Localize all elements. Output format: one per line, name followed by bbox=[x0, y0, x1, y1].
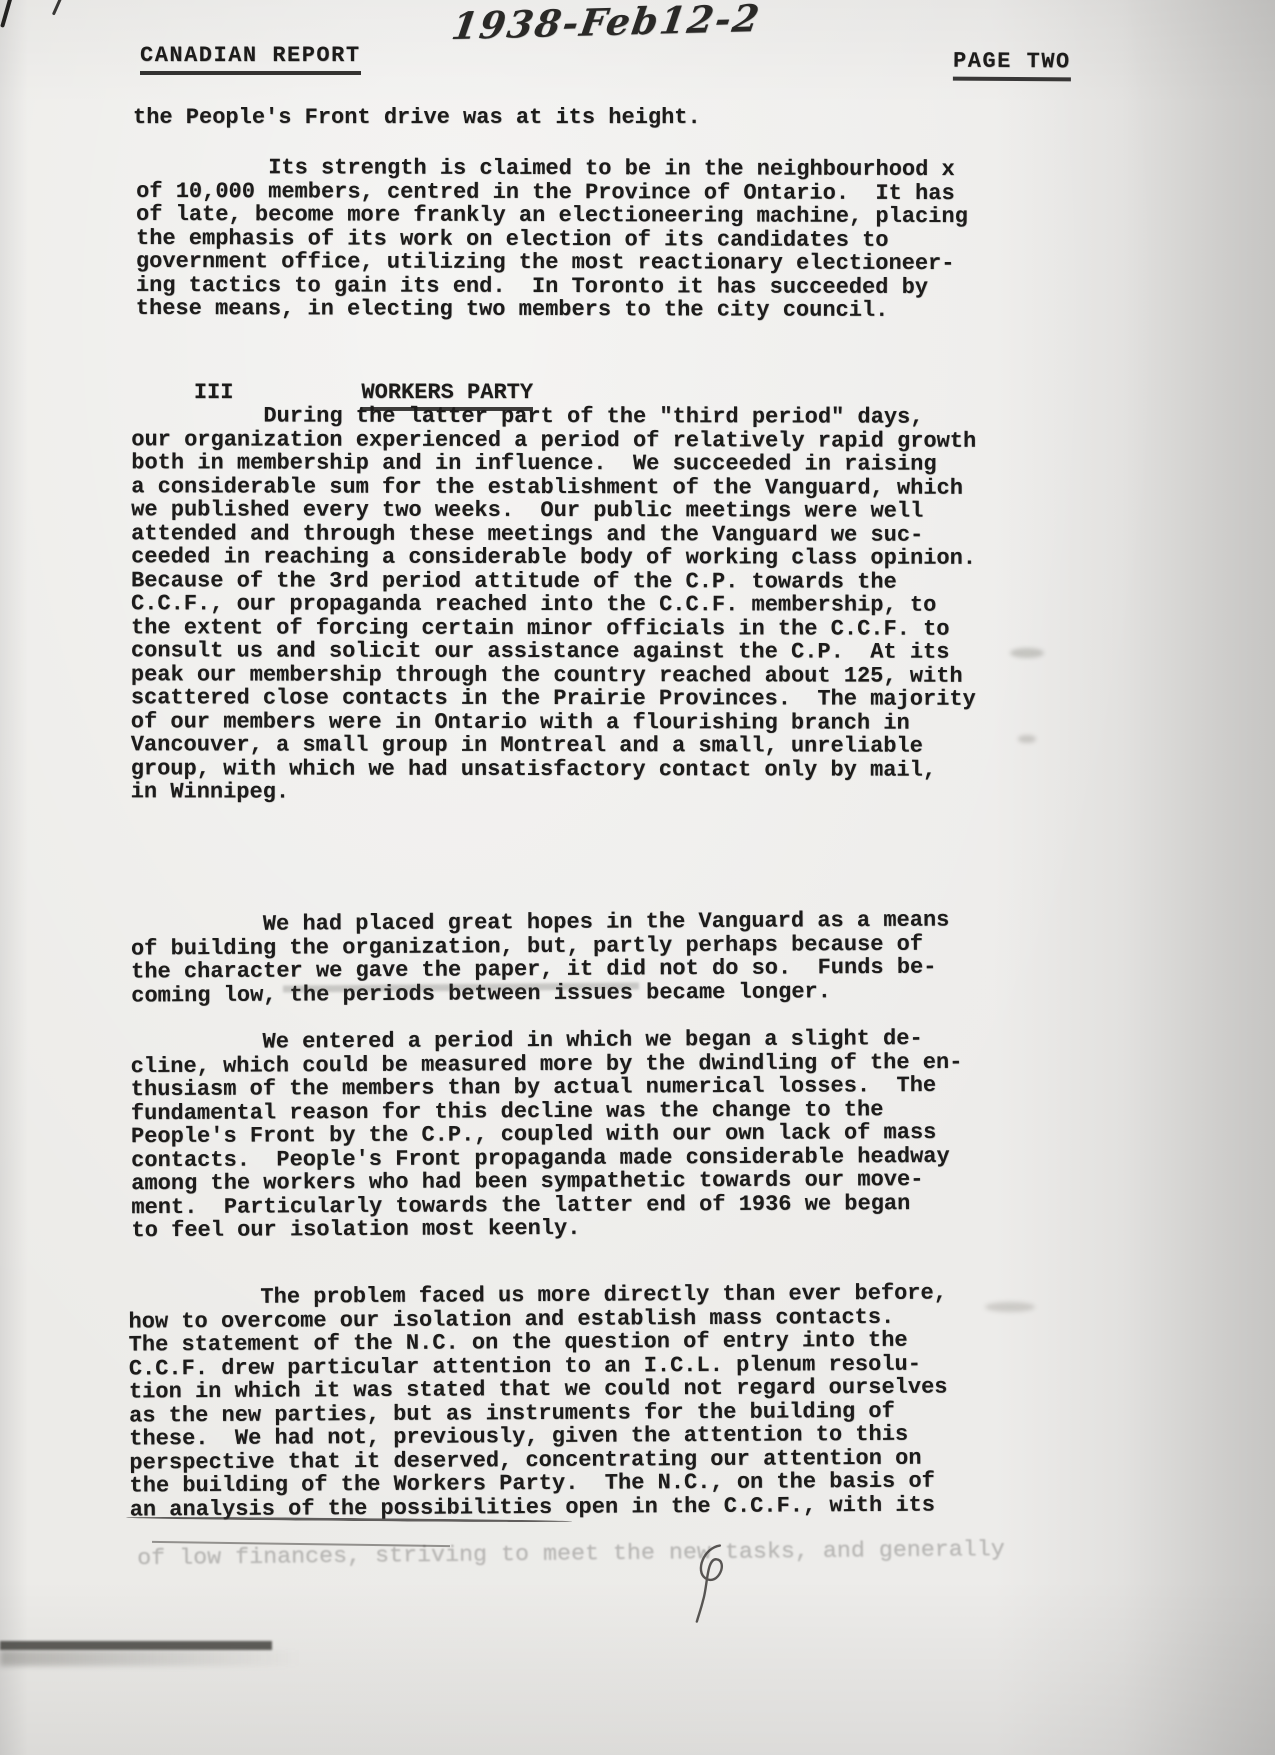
scanner-edge-shadow bbox=[0, 1650, 300, 1666]
section-number: III bbox=[194, 380, 234, 405]
paragraph-decline: We entered a period in which we began a … bbox=[130, 1027, 963, 1243]
paragraph-third-period: During the latter part of the "third per… bbox=[131, 404, 977, 805]
scanner-edge-artifact bbox=[0, 1641, 272, 1650]
paragraph-strength: Its strength is claimed to be in the nei… bbox=[136, 156, 968, 323]
pen-stroke-artifact bbox=[52, 0, 65, 15]
scan-smudge bbox=[1010, 648, 1044, 658]
paragraph-vanguard-hopes: We had placed great hopes in the Vanguar… bbox=[131, 909, 950, 1008]
page-number-label: PAGE TWO bbox=[953, 50, 1071, 81]
faded-illegible-line: of low finances, striving to meet the ne… bbox=[137, 1538, 1005, 1571]
scanned-page: 1938-Feb12-2 CANADIAN REPORT PAGE TWO th… bbox=[0, 0, 1275, 1755]
pen-stroke-artifact bbox=[0, 0, 14, 28]
handwritten-date-annotation: 1938-Feb12-2 bbox=[449, 0, 764, 48]
carryover-line: the People's Front drive was at its heig… bbox=[133, 106, 701, 130]
scan-smudge bbox=[985, 1302, 1035, 1312]
scan-smudge bbox=[1018, 735, 1036, 743]
paragraph-isolation-problem: The problem faced us more directly than … bbox=[128, 1282, 948, 1522]
document-title: CANADIAN REPORT bbox=[140, 44, 361, 75]
